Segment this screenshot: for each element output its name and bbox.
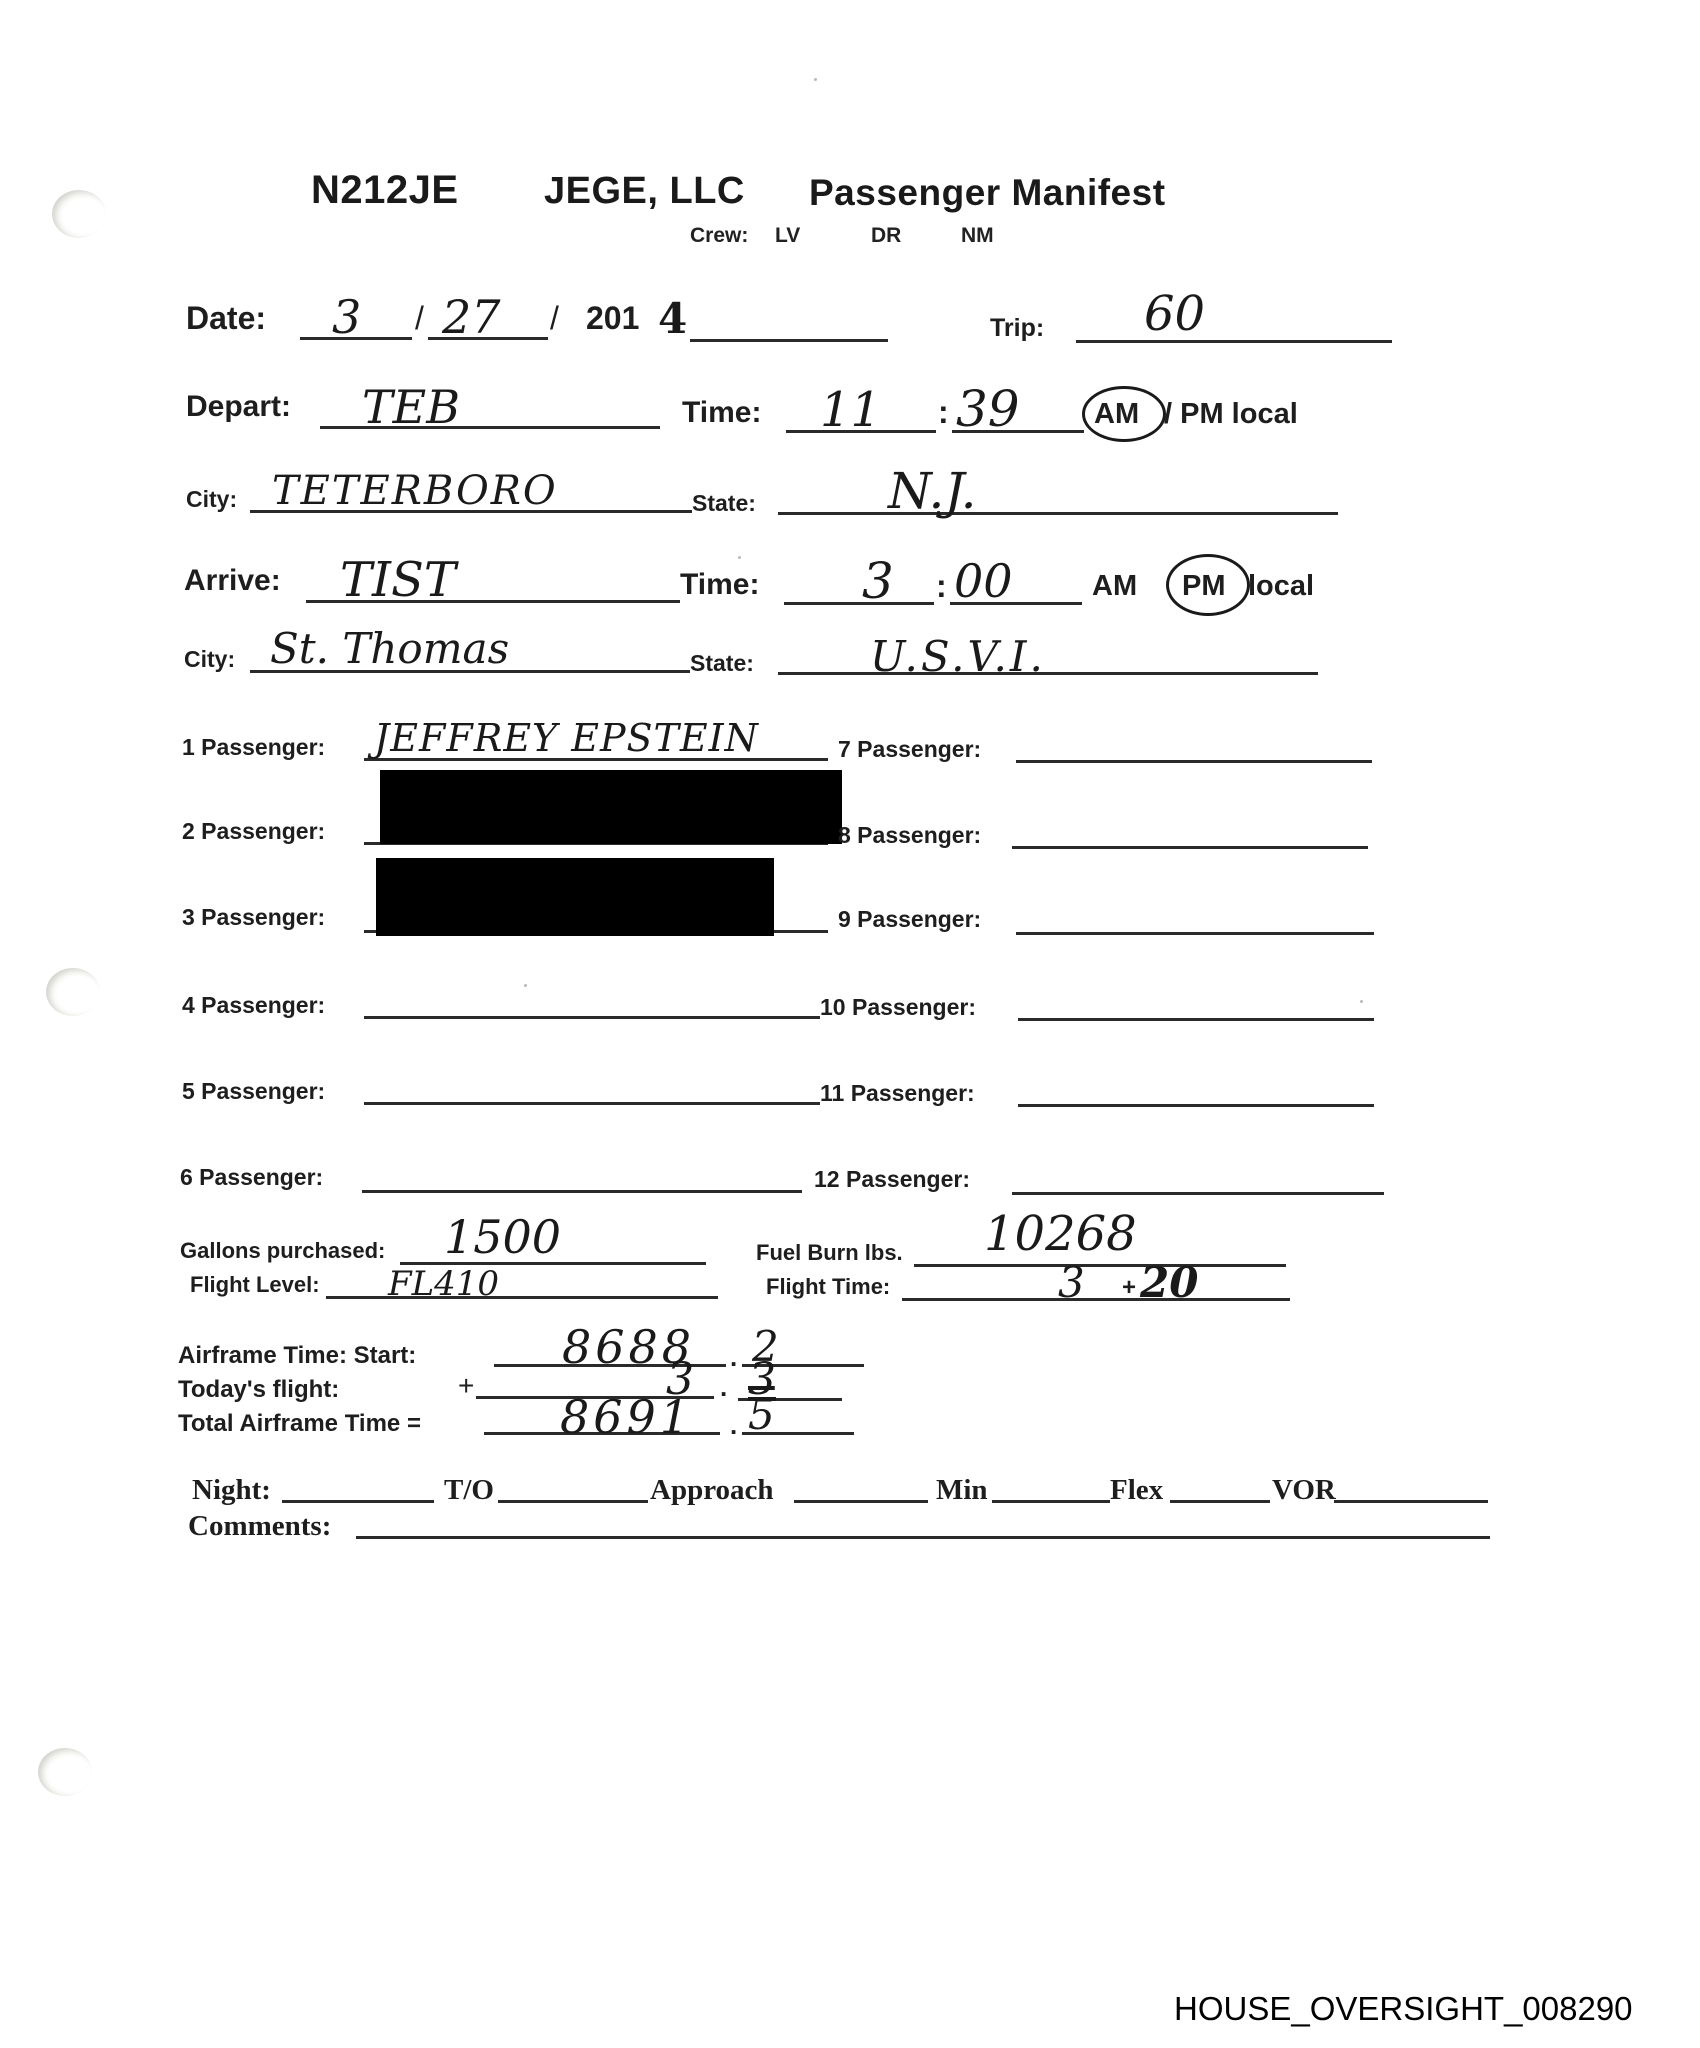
arrive-state-label: State: xyxy=(690,650,754,677)
arrive-am-option[interactable]: AM xyxy=(1092,570,1137,603)
passenger-label: 7 Passenger: xyxy=(838,736,981,763)
date-separator-2: / xyxy=(550,300,559,337)
crew-member-3: NM xyxy=(961,224,994,248)
passenger-label: 4 Passenger: xyxy=(182,992,325,1019)
flight-time-label: Flight Time: xyxy=(766,1274,890,1300)
depart-label: Depart: xyxy=(186,390,291,424)
scan-speck xyxy=(1360,1000,1363,1003)
binder-hole-middle xyxy=(46,968,100,1016)
crew-member-2: DR xyxy=(871,224,901,248)
to-line[interactable] xyxy=(498,1500,648,1503)
min-line[interactable] xyxy=(992,1500,1110,1503)
passenger-line[interactable] xyxy=(1016,932,1374,935)
passenger-line[interactable] xyxy=(1018,1104,1374,1107)
scan-speck xyxy=(738,556,741,559)
arrive-time-label: Time: xyxy=(680,568,759,602)
flight-time-minutes[interactable]: 20 xyxy=(1140,1258,1198,1307)
arrive-city-label: City: xyxy=(184,646,235,673)
date-label: Date: xyxy=(186,300,266,337)
arrive-state[interactable]: U.S.V.I. xyxy=(870,632,1046,681)
min-label: Min xyxy=(936,1474,988,1507)
vor-label: VOR xyxy=(1272,1474,1336,1507)
passenger-line[interactable] xyxy=(1018,1018,1374,1021)
gallons-value[interactable]: 1500 xyxy=(444,1210,561,1264)
arrive-colon: : xyxy=(936,568,947,605)
crew-label: Crew: xyxy=(690,224,748,248)
company-name: JEGE, LLC xyxy=(544,170,745,213)
total-airframe-tenth[interactable]: 5 xyxy=(748,1390,775,1439)
total-airframe-whole[interactable]: 8691 xyxy=(560,1390,693,1444)
todays-flight-label: Today's flight: xyxy=(178,1376,339,1404)
depart-pm-local[interactable]: / PM local xyxy=(1164,398,1298,431)
to-label: T/O xyxy=(444,1474,494,1507)
arrive-airport[interactable]: TIST xyxy=(340,552,456,608)
passenger-label: 3 Passenger: xyxy=(182,904,325,931)
passenger-line[interactable] xyxy=(364,1016,820,1019)
arrive-label: Arrive: xyxy=(184,564,281,598)
pm-selected-circle xyxy=(1166,554,1250,616)
flex-label: Flex xyxy=(1110,1474,1163,1507)
crew-member-1: LV xyxy=(775,224,800,248)
flight-time-line xyxy=(902,1298,1290,1301)
arrive-hour[interactable]: 3 xyxy=(862,552,894,610)
todays-flight-plus: + xyxy=(458,1370,474,1402)
passenger-line[interactable] xyxy=(1012,846,1368,849)
date-separator-1: / xyxy=(415,300,424,337)
night-label: Night: xyxy=(192,1474,271,1507)
flight-level-line xyxy=(326,1296,718,1299)
depart-airport[interactable]: TEB xyxy=(362,380,460,434)
date-day[interactable]: 27 xyxy=(442,290,501,344)
date-year-digit[interactable]: 4 xyxy=(658,294,687,343)
approach-line[interactable] xyxy=(794,1500,928,1503)
depart-time-label: Time: xyxy=(682,396,761,430)
passenger-label: 8 Passenger: xyxy=(838,822,981,849)
passenger-label: 5 Passenger: xyxy=(182,1078,325,1105)
comments-line[interactable] xyxy=(356,1536,1490,1539)
depart-hour[interactable]: 11 xyxy=(820,382,881,438)
fuel-burn-line xyxy=(914,1264,1286,1267)
depart-city[interactable]: TETERBORO xyxy=(272,468,558,514)
vor-line[interactable] xyxy=(1334,1500,1488,1503)
date-year-line xyxy=(690,339,888,342)
night-line[interactable] xyxy=(282,1500,434,1503)
passenger-name[interactable]: JEFFREY EPSTEIN xyxy=(374,716,759,760)
arrive-state-line xyxy=(778,672,1318,675)
passenger-label: 12 Passenger: xyxy=(814,1166,970,1193)
approach-label: Approach xyxy=(650,1474,774,1507)
depart-state-label: State: xyxy=(692,490,756,517)
total-airframe-dot: . xyxy=(730,1410,737,1441)
trip-number[interactable]: 60 xyxy=(1144,286,1205,342)
depart-state-line xyxy=(778,512,1338,515)
flex-line[interactable] xyxy=(1170,1500,1270,1503)
passenger-line[interactable] xyxy=(364,1102,820,1105)
bates-number: HOUSE_OVERSIGHT_008290 xyxy=(1174,1990,1633,2028)
flight-time-plus: + xyxy=(1122,1274,1136,1302)
date-year-prefix: 201 xyxy=(586,300,639,337)
depart-city-label: City: xyxy=(186,486,237,513)
passenger-label: 9 Passenger: xyxy=(838,906,981,933)
airframe-start-dot: . xyxy=(730,1342,737,1373)
fuel-burn-value[interactable]: 10268 xyxy=(984,1206,1137,1262)
passenger-label: 10 Passenger: xyxy=(820,994,976,1021)
depart-colon: : xyxy=(938,394,949,431)
tail-number: N212JE xyxy=(311,168,459,213)
passenger-line[interactable] xyxy=(1016,760,1372,763)
todays-flight-dot: . xyxy=(720,1372,727,1403)
arrive-local-label: local xyxy=(1248,570,1314,603)
flight-level-label: Flight Level: xyxy=(190,1272,320,1298)
scan-speck xyxy=(814,78,817,81)
flight-level-value[interactable]: FL410 xyxy=(388,1264,499,1304)
trip-label: Trip: xyxy=(990,314,1044,343)
total-airframe-label: Total Airframe Time = xyxy=(178,1410,421,1438)
depart-minute[interactable]: 39 xyxy=(956,380,1020,438)
binder-hole-bottom xyxy=(38,1748,92,1796)
depart-state[interactable]: N.J. xyxy=(888,462,977,520)
date-month[interactable]: 3 xyxy=(332,290,361,344)
am-selected-circle xyxy=(1082,386,1166,442)
passenger-line[interactable] xyxy=(362,1190,802,1193)
fuel-burn-label: Fuel Burn lbs. xyxy=(756,1240,903,1266)
passenger-label: 11 Passenger: xyxy=(820,1080,975,1107)
passenger-line[interactable] xyxy=(1012,1192,1384,1195)
arrive-hour-line xyxy=(784,602,934,605)
passenger-label: 2 Passenger: xyxy=(182,818,325,845)
passenger-label: 6 Passenger: xyxy=(180,1164,323,1191)
trip-line xyxy=(1076,340,1392,343)
airframe-start-label: Airframe Time: Start: xyxy=(178,1342,416,1370)
arrive-city[interactable]: St. Thomas xyxy=(270,624,509,673)
form-title: Passenger Manifest xyxy=(809,172,1166,214)
binder-hole-top xyxy=(52,190,106,238)
redaction-box xyxy=(376,858,774,936)
passenger-label: 1 Passenger: xyxy=(182,734,325,761)
scan-speck xyxy=(524,984,527,987)
redaction-box xyxy=(380,770,842,844)
flight-time-hours[interactable]: 3 xyxy=(1058,1258,1085,1307)
gallons-label: Gallons purchased: xyxy=(180,1238,385,1264)
comments-label: Comments: xyxy=(188,1510,331,1543)
arrive-minute[interactable]: 00 xyxy=(954,554,1013,608)
